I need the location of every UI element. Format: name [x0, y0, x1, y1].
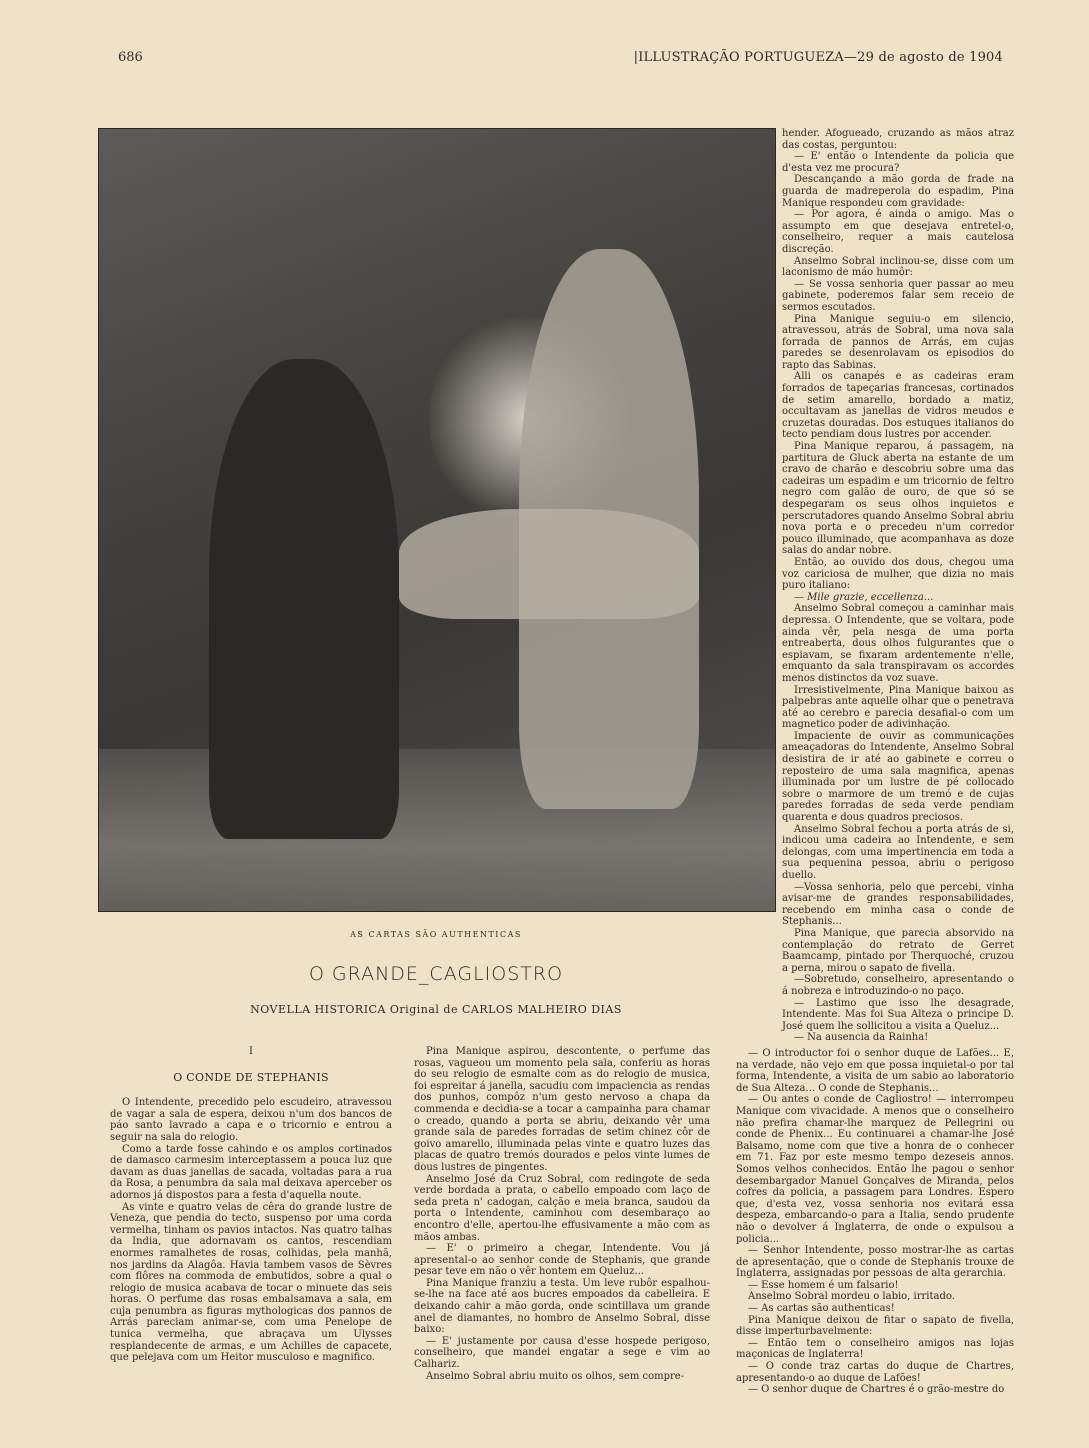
chapter-title: O CONDE DE STEPHANIS	[110, 1072, 392, 1084]
paragraph: Anselmo Sobral começou a caminhar mais d…	[782, 603, 1014, 684]
illustration-table	[399, 509, 699, 619]
paragraph: As vinte e quatro velas de cêra do grand…	[110, 1202, 392, 1364]
publication-header: |ILLUSTRAÇÃO PORTUGUEZA—29 de agosto de …	[634, 50, 1003, 65]
paragraph: — E' o primeiro a chegar, Intendente. Vo…	[414, 1243, 710, 1278]
seated-figure	[209, 359, 399, 839]
page-number: 686	[118, 50, 143, 65]
paragraph: Então, ao ouvido dos dous, chegou uma vo…	[782, 557, 1014, 592]
paragraph: Pina Manique seguiu-o em silencio, atrav…	[782, 314, 1014, 372]
paragraph: — Por agora, é ainda o amigo. Mas o assu…	[782, 209, 1014, 255]
paragraph: — O conde traz cartas do duque de Chartr…	[736, 1361, 1014, 1384]
paragraph: Impaciente de ouvir as communicações ame…	[782, 731, 1014, 824]
paragraph: — Esse homem é um falsario!	[736, 1280, 1014, 1292]
paragraph: — E' então o Intendente da policia que d…	[782, 151, 1014, 174]
paragraph: — Ou antes o conde de Cagliostro! — inte…	[736, 1094, 1014, 1245]
paragraph: — Se vossa senhoria quer passar ao meu g…	[782, 279, 1014, 314]
story-title: O GRANDE_CAGLIOSTRO	[98, 963, 774, 985]
paragraph: Pina Manique reparou, á passagem, na par…	[782, 441, 1014, 557]
paragraph: —Vossa senhoria, pelo que percebi, vinha…	[782, 882, 1014, 928]
text-column-right-top: hender. Afogueado, cruzando as mãos atra…	[782, 128, 1014, 1044]
paragraph: — Então tem o conselheiro amigos nas loj…	[736, 1338, 1014, 1361]
paragraph: Anselmo Sobral fechou a porta atrás de s…	[782, 824, 1014, 882]
paragraph: Irresistivelmente, Pina Manique baixou a…	[782, 685, 1014, 731]
paragraph: Pina Manique franziu a testa. Um leve ru…	[414, 1278, 710, 1336]
paragraph: Anselmo Sobral mordeu o labio, irritado.	[736, 1291, 1014, 1303]
engraving-illustration	[98, 128, 776, 912]
paragraph: O Intendente, precedido pelo escudeiro, …	[110, 1097, 392, 1143]
paragraph: — Mile grazie, eccellenza...	[782, 592, 1014, 604]
paragraph: Anselmo José da Cruz Sobral, com redingo…	[414, 1174, 710, 1244]
story-subtitle: NOVELLA HISTORICA Original de CARLOS MAL…	[98, 1003, 774, 1016]
paragraph: Pina Manique, que parecia absorvido na c…	[782, 928, 1014, 974]
paragraph: — O senhor duque de Chartres é o grão-me…	[736, 1384, 1014, 1396]
paragraph: —Sobretudo, conselheiro, apresentando o …	[782, 974, 1014, 997]
paragraph: Anselmo Sobral abriu muito os olhos, sem…	[414, 1371, 710, 1383]
text-column-left: I O CONDE DE STEPHANIS O Intendente, pre…	[110, 1046, 392, 1364]
paragraph: Descançando a mão gorda de frade na guar…	[782, 174, 1014, 209]
paragraph: Alli os canapés e as cadeiras eram forra…	[782, 371, 1014, 441]
paragraph: — Lastimo que isso lhe desagrade, Intend…	[782, 998, 1014, 1033]
paragraph: hender. Afogueado, cruzando as mãos atra…	[782, 128, 1014, 151]
paragraph: Anselmo Sobral inclinou-se, disse com um…	[782, 256, 1014, 279]
paragraph: — O introductor foi o senhor duque de La…	[736, 1048, 1014, 1094]
paragraph: — As cartas são authenticas!	[736, 1303, 1014, 1315]
paragraph: — Senhor Intendente, posso mostrar-lhe a…	[736, 1245, 1014, 1280]
illustration-caption: AS CARTAS SÃO AUTHENTICAS	[98, 930, 774, 939]
chapter-number: I	[110, 1046, 392, 1058]
text-column-right-bottom: — O introductor foi o senhor duque de La…	[736, 1048, 1014, 1396]
paragraph: — Na ausencia da Rainha!	[782, 1032, 1014, 1044]
paragraph: Como a tarde fosse cahindo e os amplos c…	[110, 1144, 392, 1202]
text-column-middle: Pina Manique aspirou, descontente, o per…	[414, 1046, 710, 1382]
paragraph: Pina Manique deixou de fitar o sapato de…	[736, 1315, 1014, 1338]
paragraph: Pina Manique aspirou, descontente, o per…	[414, 1046, 710, 1174]
paragraph: — E' justamente por causa d'esse hospede…	[414, 1336, 710, 1371]
